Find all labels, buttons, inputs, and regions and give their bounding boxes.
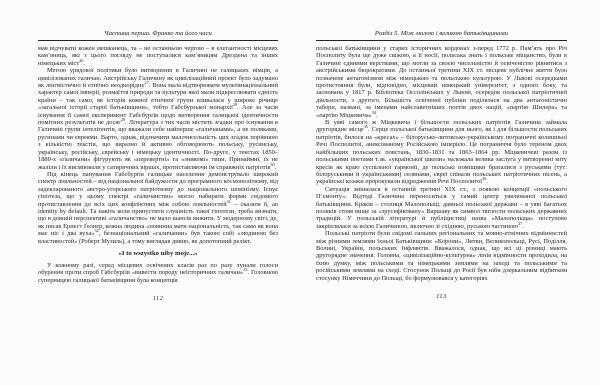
footnote-marker: 31 xyxy=(227,198,231,203)
footnote-marker: 37 xyxy=(518,221,522,226)
page-number-right: 113 xyxy=(316,293,567,300)
footnote-marker: 27 xyxy=(145,80,149,85)
paragraph: Польські патріоти були свідомі сильних р… xyxy=(316,230,567,282)
paragraph: В уяві самого ж Міцкевича і більшости по… xyxy=(316,119,567,186)
page-left: Частина перша. Франко та його часи мав в… xyxy=(38,30,278,302)
footnote-marker: 29 xyxy=(121,117,125,122)
footnote-marker: 28 xyxy=(233,102,237,107)
paragraph: У кожному разі, серед місцевих освічених… xyxy=(38,262,278,284)
footnote-marker: 35 xyxy=(364,124,368,129)
body-text-left-top: мав відчувати кожен мешканець, та – не о… xyxy=(38,45,278,245)
paragraph: мав відчувати кожен мешканець, та – не о… xyxy=(38,45,278,67)
footnote-marker: 34 xyxy=(372,110,376,115)
header-rule-right xyxy=(316,40,567,41)
paragraph: Ситуація змінилася в останній третині XI… xyxy=(316,186,567,230)
paragraph: Метою урядової політики було витворення … xyxy=(38,67,278,171)
running-header-left: Частина перша. Франко та його часи xyxy=(38,30,278,38)
page-right: Розділ 5. Між малою і великою батьківщин… xyxy=(316,30,567,300)
header-rule-left xyxy=(38,40,278,41)
paragraph: Під кінець панування Габсбурґів галицьке… xyxy=(38,171,278,245)
page-number-left: 112 xyxy=(38,295,278,302)
footnote-marker: 33 xyxy=(243,267,247,272)
paragraph: польської батьківщини у старих історични… xyxy=(316,45,567,119)
footnote-marker: 36 xyxy=(482,176,486,181)
footnote-marker: 26 xyxy=(79,58,83,63)
book-spread: Частина перша. Франко та його часи мав в… xyxy=(0,0,600,385)
running-header-right: Розділ 5. Між малою і великою батьківщин… xyxy=(316,30,567,38)
body-text-left-bottom: У кожному разі, серед місцевих освічених… xyxy=(38,262,278,284)
section-subheading: «I to wszystko niby moje...» xyxy=(38,250,278,258)
body-text-right: польської батьківщини у старих історични… xyxy=(316,45,567,282)
footnote-marker: 32 xyxy=(94,228,98,233)
footnote-marker: 30 xyxy=(270,161,274,166)
